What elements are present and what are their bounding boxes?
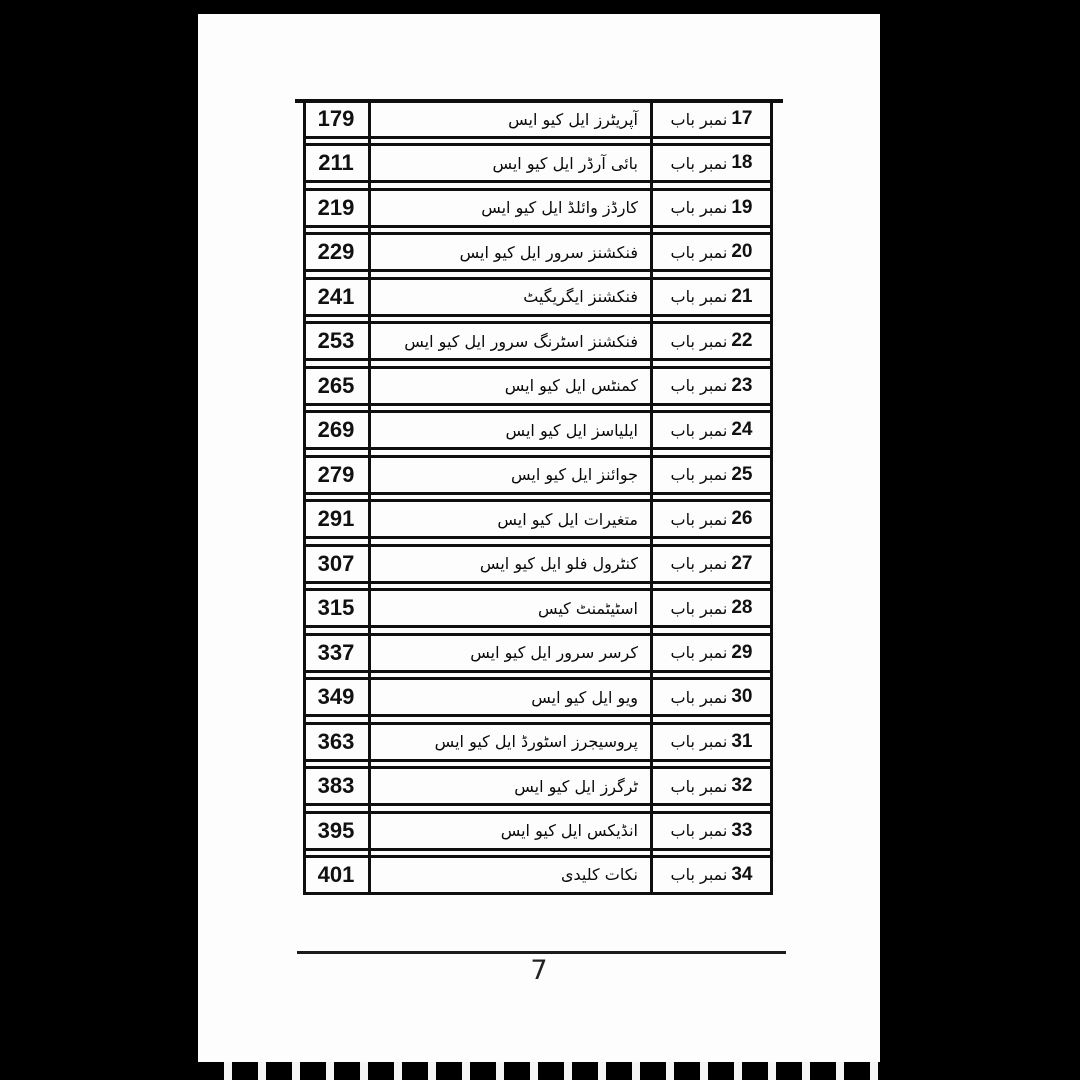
chapter-title-cell: ایس‎ کیو‎ ایل‎ انڈیکس bbox=[369, 814, 650, 848]
table-vertical-line bbox=[650, 99, 653, 895]
chapter-label: باب‎ نمبر bbox=[671, 198, 728, 217]
table-row: 307 ایس‎ کیو‎ ایل‎ فلو‎ کنٹرول باب‎ نمبر… bbox=[303, 544, 773, 584]
scan-border-right bbox=[880, 0, 1080, 1080]
chapter-number-cell: باب‎ نمبر 25 bbox=[650, 458, 773, 492]
table-row: 253 ایس‎ کیو‎ ایل‎ سرور‎ اسٹرنگ‎ فنکشنز … bbox=[303, 321, 773, 361]
chapter-title-cell: ایس‎ کیو‎ ایل‎ کمنٹس bbox=[369, 369, 650, 403]
chapter-label: باب‎ نمبر bbox=[671, 821, 728, 840]
chapter-number-cell: باب‎ نمبر 19 bbox=[650, 191, 773, 225]
table-row: 279 ایس‎ کیو‎ ایل‎ جوائنز باب‎ نمبر 25 bbox=[303, 455, 773, 495]
table-row: 211 ایس‎ کیو‎ ایل‎ آرڈر‎ بائی باب‎ نمبر … bbox=[303, 143, 773, 183]
chapter-title-cell: ایس‎ کیو‎ ایل‎ فلو‎ کنٹرول bbox=[369, 547, 650, 581]
chapter-number: 34 bbox=[731, 864, 752, 886]
table-row: 315 کیس‎ اسٹیٹمنٹ باب‎ نمبر 28 bbox=[303, 588, 773, 628]
chapter-title-cell: ایس‎ کیو‎ ایل‎ ویو bbox=[369, 680, 650, 714]
page-number-cell: 383 bbox=[303, 769, 369, 803]
table-vertical-line bbox=[368, 99, 371, 895]
chapter-title-cell: ایس‎ کیو‎ ایل‎ اسٹورڈ‎ پروسیجرز bbox=[369, 725, 650, 759]
chapter-label: باب‎ نمبر bbox=[671, 865, 728, 884]
chapter-number-cell: باب‎ نمبر 27 bbox=[650, 547, 773, 581]
chapter-title-cell: ایس‎ کیو‎ ایل‎ متغیرات bbox=[369, 502, 650, 536]
table-row: 383 ایس‎ کیو‎ ایل‎ ٹرگرز باب‎ نمبر 32 bbox=[303, 766, 773, 806]
chapter-number: 25 bbox=[731, 464, 752, 486]
chapter-number-cell: باب‎ نمبر 22 bbox=[650, 324, 773, 358]
page-number-cell: 349 bbox=[303, 680, 369, 714]
chapter-label: باب‎ نمبر bbox=[671, 777, 728, 796]
page-number-cell: 265 bbox=[303, 369, 369, 403]
chapter-number-cell: باب‎ نمبر 31 bbox=[650, 725, 773, 759]
toc-table: 179 ایس‎ کیو‎ ایل‎ آپریٹرز باب‎ نمبر 17 … bbox=[303, 99, 773, 895]
scan-border-top bbox=[0, 0, 1080, 14]
chapter-title-cell: ایس‎ کیو‎ ایل‎ ٹرگرز bbox=[369, 769, 650, 803]
table-row: 269 ایس‎ کیو‎ ایل‎ ایلیاسز باب‎ نمبر 24 bbox=[303, 410, 773, 450]
chapter-title-cell: ایس‎ کیو‎ ایل‎ ایلیاسز bbox=[369, 413, 650, 447]
chapter-number-cell: باب‎ نمبر 30 bbox=[650, 680, 773, 714]
chapter-label: باب‎ نمبر bbox=[671, 421, 728, 440]
chapter-title-cell: ایس‎ کیو‎ ایل‎ آپریٹرز bbox=[369, 102, 650, 136]
chapter-number: 32 bbox=[731, 775, 752, 797]
table-row: 337 ایس‎ کیو‎ ایل‎ سرور‎ کرسر باب‎ نمبر … bbox=[303, 633, 773, 673]
chapter-label: باب‎ نمبر bbox=[671, 110, 728, 129]
chapter-number: 30 bbox=[731, 686, 752, 708]
chapter-label: باب‎ نمبر bbox=[671, 599, 728, 618]
table-row: 363 ایس‎ کیو‎ ایل‎ اسٹورڈ‎ پروسیجرز باب‎… bbox=[303, 722, 773, 762]
chapter-title-cell: ایس‎ کیو‎ ایل‎ جوائنز bbox=[369, 458, 650, 492]
page-number-cell: 211 bbox=[303, 146, 369, 180]
chapter-number-cell: باب‎ نمبر 34 bbox=[650, 858, 773, 892]
page-number-cell: 253 bbox=[303, 324, 369, 358]
page-number-cell: 241 bbox=[303, 280, 369, 314]
chapter-number: 19 bbox=[731, 197, 752, 219]
chapter-label: باب‎ نمبر bbox=[671, 688, 728, 707]
chapter-number: 27 bbox=[731, 553, 752, 575]
chapter-number: 24 bbox=[731, 419, 752, 441]
scanned-page: 179 ایس‎ کیو‎ ایل‎ آپریٹرز باب‎ نمبر 17 … bbox=[0, 0, 1080, 1080]
chapter-title-cell: ایگریگیٹ‎ فنکشنز bbox=[369, 280, 650, 314]
chapter-number: 22 bbox=[731, 330, 752, 352]
table-row: 291 ایس‎ کیو‎ ایل‎ متغیرات باب‎ نمبر 26 bbox=[303, 499, 773, 539]
page-number-cell: 179 bbox=[303, 102, 369, 136]
chapter-number-cell: باب‎ نمبر 28 bbox=[650, 591, 773, 625]
chapter-label: باب‎ نمبر bbox=[671, 154, 728, 173]
chapter-number: 23 bbox=[731, 375, 752, 397]
page-number-cell: 401 bbox=[303, 858, 369, 892]
chapter-label: باب‎ نمبر bbox=[671, 554, 728, 573]
chapter-label: باب‎ نمبر bbox=[671, 243, 728, 262]
chapter-label: باب‎ نمبر bbox=[671, 732, 728, 751]
chapter-number: 33 bbox=[731, 820, 752, 842]
chapter-label: باب‎ نمبر bbox=[671, 465, 728, 484]
chapter-number: 31 bbox=[731, 731, 752, 753]
chapter-title-cell: ایس‎ کیو‎ ایل‎ سرور‎ فنکشنز bbox=[369, 235, 650, 269]
chapter-number-cell: باب‎ نمبر 17 bbox=[650, 102, 773, 136]
chapter-title-cell: ایس‎ کیو‎ ایل‎ وائلڈ‎ کارڈز bbox=[369, 191, 650, 225]
page-number-cell: 307 bbox=[303, 547, 369, 581]
page-number-cell: 269 bbox=[303, 413, 369, 447]
chapter-number-cell: باب‎ نمبر 32 bbox=[650, 769, 773, 803]
chapter-title-cell: ایس‎ کیو‎ ایل‎ سرور‎ کرسر bbox=[369, 636, 650, 670]
scan-border-left bbox=[0, 0, 198, 1080]
table-row: 241 ایگریگیٹ‎ فنکشنز باب‎ نمبر 21 bbox=[303, 277, 773, 317]
chapter-number-cell: باب‎ نمبر 26 bbox=[650, 502, 773, 536]
chapter-number: 18 bbox=[731, 152, 752, 174]
chapter-number-cell: باب‎ نمبر 23 bbox=[650, 369, 773, 403]
table-row: 349 ایس‎ کیو‎ ایل‎ ویو باب‎ نمبر 30 bbox=[303, 677, 773, 717]
footer-divider-line bbox=[297, 951, 786, 954]
table-row: 265 ایس‎ کیو‎ ایل‎ کمنٹس باب‎ نمبر 23 bbox=[303, 366, 773, 406]
table-row: 179 ایس‎ کیو‎ ایل‎ آپریٹرز باب‎ نمبر 17 bbox=[303, 99, 773, 139]
table-top-border bbox=[295, 99, 783, 103]
page-number-cell: 337 bbox=[303, 636, 369, 670]
chapter-number: 17 bbox=[731, 108, 752, 130]
table-row: 219 ایس‎ کیو‎ ایل‎ وائلڈ‎ کارڈز باب‎ نمب… bbox=[303, 188, 773, 228]
chapter-number-cell: باب‎ نمبر 21 bbox=[650, 280, 773, 314]
chapter-number-cell: باب‎ نمبر 18 bbox=[650, 146, 773, 180]
footer-page-number: 7 bbox=[198, 955, 880, 986]
chapter-title-cell: ایس‎ کیو‎ ایل‎ سرور‎ اسٹرنگ‎ فنکشنز bbox=[369, 324, 650, 358]
chapter-number: 21 bbox=[731, 286, 752, 308]
page-number-cell: 219 bbox=[303, 191, 369, 225]
chapter-number-cell: باب‎ نمبر 24 bbox=[650, 413, 773, 447]
chapter-title-cell: کلیدی‎ نکات bbox=[369, 858, 650, 892]
page-number-cell: 279 bbox=[303, 458, 369, 492]
chapter-label: باب‎ نمبر bbox=[671, 510, 728, 529]
chapter-number-cell: باب‎ نمبر 33 bbox=[650, 814, 773, 848]
chapter-label: باب‎ نمبر bbox=[671, 643, 728, 662]
table-vertical-line bbox=[770, 99, 773, 895]
chapter-number-cell: باب‎ نمبر 29 bbox=[650, 636, 773, 670]
chapter-label: باب‎ نمبر bbox=[671, 332, 728, 351]
chapter-title-cell: ایس‎ کیو‎ ایل‎ آرڈر‎ بائی bbox=[369, 146, 650, 180]
table-vertical-line bbox=[303, 99, 306, 895]
page-number-cell: 291 bbox=[303, 502, 369, 536]
page-number-cell: 315 bbox=[303, 591, 369, 625]
chapter-number-cell: باب‎ نمبر 20 bbox=[650, 235, 773, 269]
chapter-number: 20 bbox=[731, 241, 752, 263]
page-number-cell: 395 bbox=[303, 814, 369, 848]
chapter-number: 29 bbox=[731, 642, 752, 664]
scan-border-bottom bbox=[198, 1062, 880, 1080]
page-number-cell: 229 bbox=[303, 235, 369, 269]
page-number-cell: 363 bbox=[303, 725, 369, 759]
chapter-label: باب‎ نمبر bbox=[671, 376, 728, 395]
toc-rows: 179 ایس‎ کیو‎ ایل‎ آپریٹرز باب‎ نمبر 17 … bbox=[303, 99, 773, 895]
chapter-label: باب‎ نمبر bbox=[671, 287, 728, 306]
table-row: 401 کلیدی‎ نکات باب‎ نمبر 34 bbox=[303, 855, 773, 895]
table-row: 229 ایس‎ کیو‎ ایل‎ سرور‎ فنکشنز باب‎ نمب… bbox=[303, 232, 773, 272]
chapter-number: 26 bbox=[731, 508, 752, 530]
table-row: 395 ایس‎ کیو‎ ایل‎ انڈیکس باب‎ نمبر 33 bbox=[303, 811, 773, 851]
chapter-number: 28 bbox=[731, 597, 752, 619]
chapter-title-cell: کیس‎ اسٹیٹمنٹ bbox=[369, 591, 650, 625]
